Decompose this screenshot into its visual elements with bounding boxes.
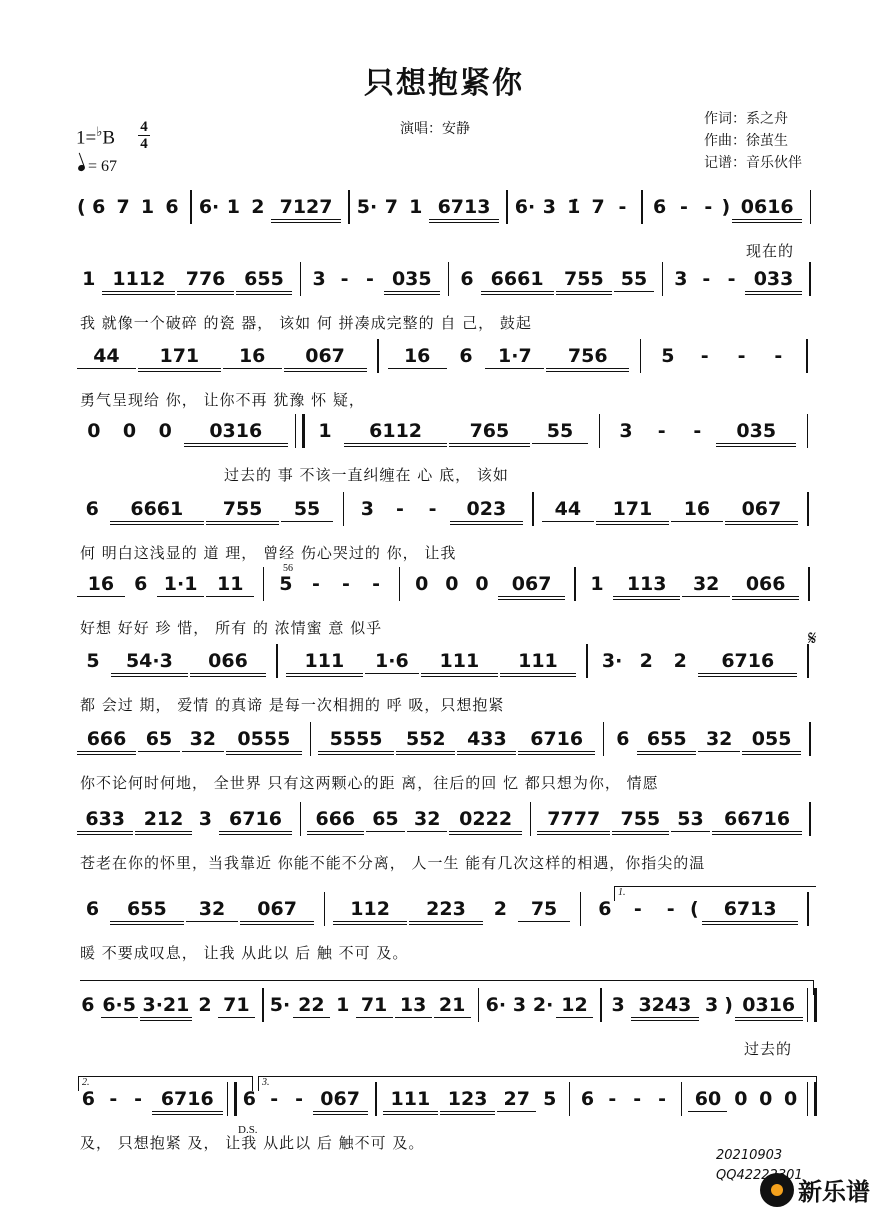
note-group: 6·: [484, 994, 508, 1016]
note-group: 1·6: [364, 650, 420, 672]
notation-symbol: -: [694, 268, 719, 290]
notes-line: 633212367166666532022277777555366716: [76, 808, 816, 838]
note-group: 12: [555, 994, 594, 1016]
note-group: 75: [517, 898, 571, 920]
note-group: 1: [76, 268, 101, 290]
note-group: 6713: [701, 898, 798, 920]
note-group: 1: [404, 196, 428, 218]
note-group: 6713: [428, 196, 500, 218]
note-group: 655: [109, 898, 185, 920]
score-row: 66·53·212715·2217113216·32·12332433)0316…: [76, 994, 816, 1058]
lyrics-line: 勇气呈现给 你， 让你不再 犹豫 怀 疑，: [76, 389, 816, 411]
note-group: 1: [135, 196, 159, 218]
note-group: 111: [420, 650, 499, 672]
score-row: 6655320671122232756--(6713暖 不要成叹息， 让我 从此…: [76, 898, 816, 962]
barline: [300, 262, 302, 296]
barline: [324, 892, 326, 926]
note-group: 5·: [355, 196, 379, 218]
barline: [574, 567, 576, 601]
note-group: 1·7: [484, 345, 545, 367]
note-group: 21: [433, 994, 472, 1016]
lyrics-line: 及， 只想抱紧 及， 让我 从此以 后 触不可 及。: [76, 1132, 816, 1154]
notation-symbol: ): [724, 994, 734, 1016]
note-group: 111: [499, 650, 578, 672]
note-group: 223: [408, 898, 484, 920]
note-group: 3: [700, 994, 724, 1016]
note-group: 0: [778, 1088, 803, 1110]
note-group: 765: [448, 420, 530, 442]
lyrics-line: 现在的: [76, 240, 816, 262]
note-group: 16: [76, 573, 126, 595]
barline: [640, 339, 642, 373]
notation-symbol: (: [687, 898, 701, 920]
note-group: 0: [407, 573, 437, 595]
note-group: 44: [541, 498, 595, 520]
note-group: 7: [586, 196, 610, 218]
note-group: 16: [387, 345, 448, 367]
barline: [810, 190, 812, 224]
note-group: 0616: [731, 196, 803, 218]
note-group: 5: [271, 573, 301, 595]
credits: 作词：系之舟 作曲：徐茧生 记谱：音乐伙伴: [704, 108, 802, 174]
lyric-text: 好想 好好 珍 惜， 所有 的 浓情蜜 意 似乎: [80, 617, 382, 638]
barline: [300, 802, 302, 836]
note-group: 32: [697, 728, 741, 750]
note-group: 0: [147, 420, 183, 442]
note-group: 32: [681, 573, 731, 595]
note-group: 6716: [218, 808, 293, 830]
note-group: 6: [237, 1088, 262, 1110]
note-group: 035: [383, 268, 441, 290]
lyric-text: 过去的: [744, 1038, 792, 1059]
barline: [603, 722, 605, 756]
note-group: 53: [670, 808, 712, 830]
note-group: 32: [181, 728, 225, 750]
note-group: 6716: [151, 1088, 224, 1110]
note-group: 55: [613, 268, 655, 290]
barline: [809, 262, 811, 296]
score-row: 000031616112765553--035过去的 事 不该一直纠缠在 心 底…: [76, 420, 816, 484]
note-group: 3·: [595, 650, 629, 672]
note-group: 5: [537, 1088, 562, 1110]
note-group: 755: [611, 808, 669, 830]
barline: [310, 722, 312, 756]
score-row: 66661755553--0234417116067何 明白这浅显的 道 理， …: [76, 498, 816, 562]
note-group: 755: [205, 498, 280, 520]
note-group: 3: [537, 196, 561, 218]
barline: [399, 567, 401, 601]
vinyl-disc-icon: [760, 1173, 794, 1207]
note-group: 3: [606, 994, 630, 1016]
notation-symbol: -: [416, 498, 449, 520]
lyrics-line: 何 明白这浅显的 道 理， 曾经 伤心哭过的 你， 让我: [76, 542, 816, 564]
note-group: 55: [280, 498, 334, 520]
notes-line: 1661·1115---000067111332066: [76, 573, 816, 603]
note-group: 0: [112, 420, 148, 442]
note-group: 2: [663, 650, 697, 672]
note-group: 1112: [101, 268, 176, 290]
note-group: 6: [160, 196, 184, 218]
barline: [807, 414, 809, 448]
barline: [448, 262, 450, 296]
note-group: 2: [246, 196, 270, 218]
note-group: 66716: [711, 808, 802, 830]
note-group: 067: [283, 345, 368, 367]
note-group: 066: [189, 650, 268, 672]
barline: [276, 644, 278, 678]
note-group: 0: [76, 420, 112, 442]
barline: [532, 492, 534, 526]
note-group: 3243: [630, 994, 700, 1016]
note-group: 212: [134, 808, 192, 830]
note-group: 033: [744, 268, 802, 290]
note-group: 0316: [183, 420, 288, 442]
note-group: 6: [76, 994, 100, 1016]
note-group: 756: [545, 345, 630, 367]
note-group: 6716: [697, 650, 798, 672]
transcriber-credit: 记谱：音乐伙伴: [704, 152, 802, 174]
note-group: 11: [205, 573, 255, 595]
repeat-start-barline: [295, 414, 305, 448]
note-group: 0316: [734, 994, 804, 1016]
score-row: 6--67166--0671111232756---60000及， 只想抱紧 及…: [76, 1088, 816, 1152]
note-group: 65: [365, 808, 407, 830]
note-group: 32: [406, 808, 448, 830]
note-group: 6·: [513, 196, 537, 218]
notation-symbol: -: [686, 345, 723, 367]
note-group: 123: [439, 1088, 496, 1110]
note-group: 067: [724, 498, 799, 520]
notation-symbol: -: [101, 1088, 126, 1110]
note-group: 71: [217, 994, 256, 1016]
notation-symbol: -: [301, 573, 331, 595]
note-group: 6·5: [100, 994, 139, 1016]
note-group: 6112: [343, 420, 448, 442]
lyric-text: 苍老在你的怀里，当我靠近 你能不能不分离， 人一生 能有几次这样的相遇，你指尖的…: [80, 852, 705, 873]
note-group: 433: [456, 728, 517, 750]
score-row: (67166·1271275·7167136·31̇7-6--)0616现在的: [76, 196, 816, 260]
lyrics-line: 过去的 事 不该一直纠缠在 心 底， 该如: [76, 464, 816, 486]
note-group: 3: [306, 268, 331, 290]
notation-symbol: -: [723, 345, 760, 367]
note-group: 6: [647, 196, 671, 218]
note-group: 6: [575, 1088, 600, 1110]
singer-credit: 演唱：安静: [400, 118, 470, 138]
note-group: 655: [636, 728, 697, 750]
notes-line: (67166·1271275·7167136·31̇7-6--)0616: [76, 196, 816, 226]
note-group: 2·: [531, 994, 555, 1016]
note-group: 1: [582, 573, 612, 595]
note-group: 113: [612, 573, 681, 595]
notation-symbol: -: [262, 1088, 287, 1110]
lyrics-line: 你不论何时何地， 全世界 只有这两颗心的距 离，往后的回 忆 都只想为你， 情愿: [76, 772, 816, 794]
note-group: 776: [176, 268, 234, 290]
transcription-date: 20210903: [716, 1148, 782, 1163]
notation-symbol: -: [760, 345, 797, 367]
lyric-text: 我 就像一个破碎 的瓷 器， 该如 何 拼凑成完整的 自 己， 鼓起: [80, 312, 532, 333]
note-group: 1: [307, 420, 343, 442]
notation-symbol: (: [76, 196, 87, 218]
barline: [377, 339, 379, 373]
volta-first-ending-continued: [80, 980, 814, 995]
lyric-text: 何 明白这浅显的 道 理， 曾经 伤心哭过的 你， 让我: [80, 542, 456, 563]
note-group: 655: [235, 268, 293, 290]
quarter-note-icon: [77, 164, 86, 172]
notation-symbol: -: [610, 196, 634, 218]
notation-symbol: -: [679, 420, 715, 442]
lyric-text: 都 会过 期， 爱情 的真谛 是每一次相拥的 呼 吸，只想抱紧: [80, 694, 504, 715]
notation-symbol: -: [654, 898, 687, 920]
note-group: 666: [76, 728, 137, 750]
lyrics-line: 我 就像一个破碎 的瓷 器， 该如 何 拼凑成完整的 自 己， 鼓起: [76, 312, 816, 334]
barline: [190, 190, 192, 224]
note-group: 1·1: [156, 573, 206, 595]
note-group: 6: [87, 196, 111, 218]
note-group: 71: [355, 994, 394, 1016]
notation-symbol: -: [361, 573, 391, 595]
barline: [641, 190, 643, 224]
note-group: 035: [715, 420, 797, 442]
notation-symbol: -: [672, 196, 696, 218]
note-group: 6661: [480, 268, 555, 290]
segno-sign: 𝄋: [808, 628, 817, 651]
note-group: 7: [111, 196, 135, 218]
lyric-text: 过去的 事 不该一直纠缠在 心 底， 该如: [224, 464, 509, 485]
lyrics-line: 过去的: [76, 1038, 816, 1060]
note-group: 6: [610, 728, 637, 750]
notation-symbol: ): [721, 196, 732, 218]
notation-symbol: -: [332, 268, 357, 290]
note-group: 6661: [109, 498, 205, 520]
lyric-text: 你不论何时何地， 全世界 只有这两颗心的距 离，往后的回 忆 都只想为你， 情愿: [80, 772, 659, 793]
note-group: 2: [193, 994, 217, 1016]
note-group: 54·3: [110, 650, 189, 672]
notation-symbol: -: [331, 573, 361, 595]
score-row: 633212367166666532022277777555366716苍老在你…: [76, 808, 816, 872]
notation-symbol: -: [650, 1088, 675, 1110]
barline: [808, 567, 810, 601]
notes-line: 66661755553--0234417116067: [76, 498, 816, 528]
note-group: 066: [731, 573, 800, 595]
notes-line: 554·30661111·61111113·226716: [76, 650, 816, 680]
barline: [806, 339, 808, 373]
note-group: 22: [292, 994, 331, 1016]
note-group: 44: [76, 345, 137, 367]
notation-symbol: -: [621, 898, 654, 920]
notation-symbol: -: [357, 268, 382, 290]
note-group: 633: [76, 808, 134, 830]
composer-credit: 作曲：徐茧生: [704, 130, 802, 152]
note-group: 067: [239, 898, 315, 920]
notes-line: 000031616112765553--035: [76, 420, 816, 450]
note-group: 3: [608, 420, 644, 442]
lyric-text: 现在的: [746, 240, 794, 261]
lyric-text: 勇气呈现给 你， 让你不再 犹豫 怀 疑，: [80, 389, 365, 410]
note-group: 111: [285, 650, 364, 672]
lyric-text: 暖 不要成叹息， 让我 从此以 后 触 不可 及。: [80, 942, 408, 963]
barline: [807, 492, 809, 526]
note-group: 171: [137, 345, 222, 367]
note-group: 023: [449, 498, 524, 520]
site-logo: 新乐谱: [760, 1172, 870, 1207]
notes-line: 6666532055555555524336716665532055: [76, 728, 816, 758]
score-row: 6666532055555555524336716665532055你不论何时何…: [76, 728, 816, 792]
note-group: 067: [497, 573, 566, 595]
note-group: 3: [193, 808, 218, 830]
notes-line: 66·53·212715·2217113216·32·12332433)0316: [76, 994, 816, 1024]
note-group: 112: [332, 898, 408, 920]
note-group: 1̇: [562, 196, 586, 218]
notes-line: 6--67166--0671111232756---60000: [76, 1088, 816, 1118]
barline: [662, 262, 664, 296]
notation-symbol: -: [384, 498, 417, 520]
note-group: 0: [728, 1088, 753, 1110]
barline: [530, 802, 532, 836]
barline: [809, 722, 811, 756]
note-group: 16: [222, 345, 283, 367]
score-row: 1661·1115---000067111332066好想 好好 珍 惜， 所有…: [76, 573, 816, 637]
note-group: 6: [76, 1088, 101, 1110]
barline: [263, 567, 265, 601]
barline: [580, 892, 582, 926]
notation-symbol: -: [644, 420, 680, 442]
barline: [343, 492, 345, 526]
note-group: 5: [649, 345, 686, 367]
note-group: 067: [312, 1088, 369, 1110]
barline: [506, 190, 508, 224]
notation-symbol: -: [719, 268, 744, 290]
note-group: 6716: [517, 728, 595, 750]
score-row: 554·30661111·61111113·226716都 会过 期， 爱情 的…: [76, 650, 816, 714]
lyrics-line: 好想 好好 珍 惜， 所有 的 浓情蜜 意 似乎: [76, 617, 816, 639]
note-group: 55: [531, 420, 590, 442]
lyrics-line: 都 会过 期， 爱情 的真谛 是每一次相拥的 呼 吸，只想抱紧: [76, 694, 816, 716]
note-group: 0555: [225, 728, 303, 750]
note-group: 6·: [197, 196, 221, 218]
barline: [599, 414, 601, 448]
grace-notes: 56: [283, 563, 293, 574]
note-group: 552: [395, 728, 456, 750]
note-group: 111: [382, 1088, 439, 1110]
note-group: 27: [496, 1088, 537, 1110]
note-group: 6: [588, 898, 621, 920]
notation-symbol: -: [287, 1088, 312, 1110]
note-group: 7777: [536, 808, 611, 830]
time-signature: 44: [138, 120, 150, 151]
note-group: 7: [379, 196, 403, 218]
barline: [586, 644, 588, 678]
note-group: 7127: [270, 196, 342, 218]
note-group: 0222: [448, 808, 523, 830]
note-group: 6: [454, 268, 479, 290]
note-group: 5·: [268, 994, 292, 1016]
note-group: 0: [753, 1088, 778, 1110]
barline: [809, 802, 811, 836]
note-group: 2: [629, 650, 663, 672]
note-group: 3·21: [139, 994, 193, 1016]
lyricist-credit: 作词：系之舟: [704, 108, 802, 130]
note-group: 1: [221, 196, 245, 218]
score-row: 111127766553--03566661755553--033我 就像一个破…: [76, 268, 816, 332]
lyrics-line: 暖 不要成叹息， 让我 从此以 后 触 不可 及。: [76, 942, 816, 964]
notes-line: 111127766553--03566661755553--033: [76, 268, 816, 298]
note-group: 65: [137, 728, 181, 750]
volta-second-ending: 2.: [78, 1076, 253, 1091]
score-row: 44171160671661·77565---勇气呈现给 你， 让你不再 犹豫 …: [76, 345, 816, 409]
note-group: 755: [555, 268, 613, 290]
notation-symbol: -: [126, 1088, 151, 1110]
key-signature: 1=♭B: [76, 124, 115, 149]
tempo-marking: = 67: [78, 158, 117, 176]
note-group: 171: [595, 498, 670, 520]
note-group: 6: [76, 498, 109, 520]
note-group: 6: [76, 898, 109, 920]
note-group: 1: [331, 994, 355, 1016]
note-group: 60: [687, 1088, 728, 1110]
volta-third-ending: 3.: [258, 1076, 817, 1091]
note-group: 5: [76, 650, 110, 672]
song-title: 只想抱紧你: [0, 58, 888, 102]
note-group: 13: [394, 994, 433, 1016]
notes-line: 44171160671661·77565---: [76, 345, 816, 375]
note-group: 6: [126, 573, 156, 595]
note-group: 32: [185, 898, 239, 920]
note-group: 5555: [317, 728, 395, 750]
volta-first-ending: 1.: [614, 886, 816, 901]
note-group: 0: [467, 573, 497, 595]
note-group: 16: [670, 498, 724, 520]
notes-line: 6655320671122232756--(6713: [76, 898, 816, 928]
note-group: 6: [448, 345, 485, 367]
barline: [348, 190, 350, 224]
dal-segno-mark: D.S.: [238, 1124, 258, 1136]
lyrics-line: 苍老在你的怀里，当我靠近 你能不能不分离， 人一生 能有几次这样的相遇，你指尖的…: [76, 852, 816, 874]
note-group: 3: [508, 994, 532, 1016]
note-group: 3: [668, 268, 693, 290]
notation-symbol: -: [696, 196, 720, 218]
note-group: 666: [306, 808, 364, 830]
notation-symbol: -: [625, 1088, 650, 1110]
notation-symbol: -: [600, 1088, 625, 1110]
note-group: 0: [437, 573, 467, 595]
note-group: 055: [741, 728, 802, 750]
note-group: 3: [351, 498, 384, 520]
note-group: 2: [484, 898, 517, 920]
